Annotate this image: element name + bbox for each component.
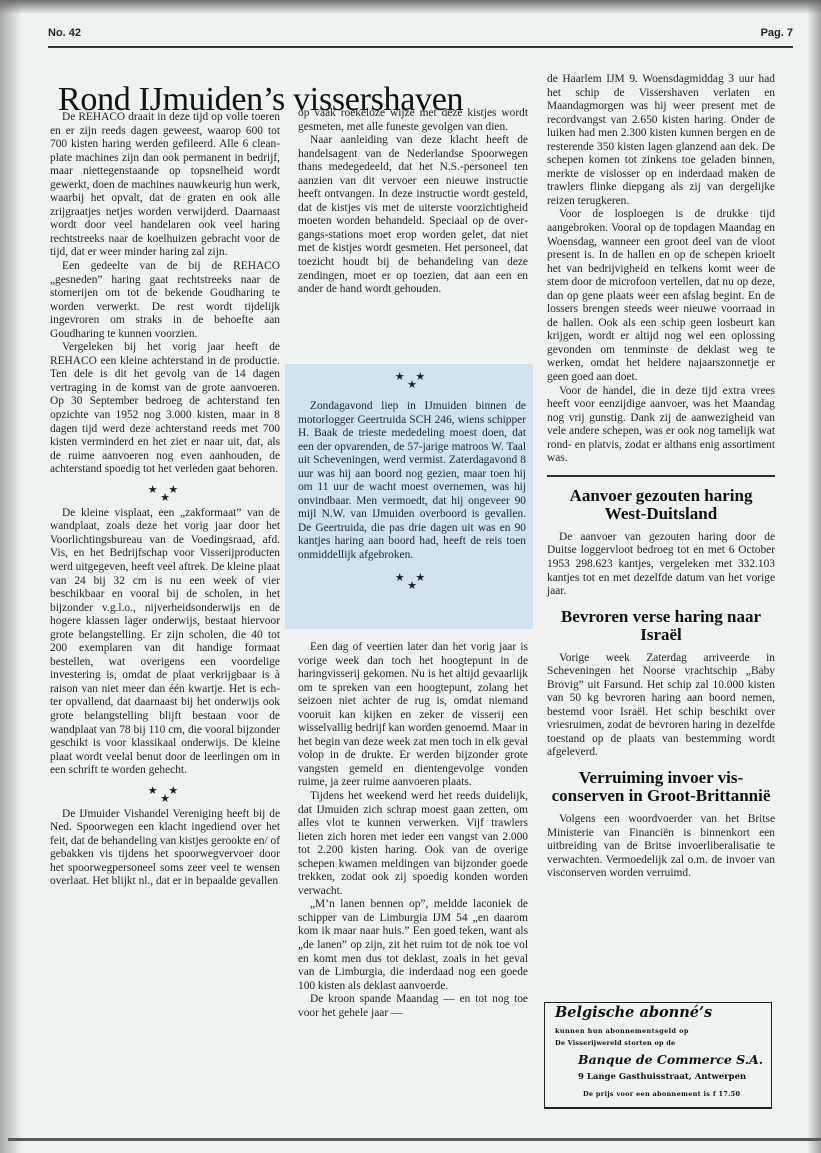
section-separator-stars: ★ ★★ — [50, 778, 280, 808]
section-separator-stars: ★ ★★ — [50, 477, 280, 507]
paragraph: Vorige week Zaterdag arriveerde in Schev… — [547, 652, 775, 760]
highlighted-news-box: ★ ★★ Zondagavond liep in IJmuiden bin­ne… — [285, 364, 533, 629]
ad-bank-name: Banque de Commerce S.A. — [578, 1052, 763, 1067]
paragraph: Voor de losploegen is de drukke tijd aan… — [547, 208, 775, 384]
paragraph: Tijdens het weekend werd het reeds duide… — [298, 790, 528, 898]
section-separator-stars: ★ ★★ — [298, 563, 526, 595]
page-number: Pag. 7 — [761, 27, 793, 39]
paragraph: De REHACO draait in deze tijd op volle t… — [50, 111, 280, 260]
running-header: No. 42 Pag. 7 — [48, 27, 793, 39]
paragraph: Voor de handel, die in deze tijd ex­tra … — [547, 385, 775, 466]
ad-text-line: De Visserijwereld storten op de — [555, 1039, 675, 1047]
paragraph: De kleine visplaat, een „zakformaat” van… — [50, 507, 280, 778]
article-heading: Aanvoer gezouten haring West-Duitsland — [547, 487, 775, 523]
page-edge-shadow-left — [0, 0, 22, 1153]
advertisement-box: Belgische abonné’s kunnen hun abonnement… — [544, 1002, 772, 1109]
ad-address: 9 Lange Gasthuisstraat, Antwerpen — [578, 1072, 746, 1082]
column-2: op vaak roekeloze wijze met deze kis­tje… — [298, 107, 528, 297]
paragraph: De IJmuider Vishandel Vereniging heeft b… — [50, 808, 280, 889]
page-edge-shadow-top — [0, 0, 821, 14]
paragraph: „M’n lanen bennen op”, meldde laco­niek … — [298, 898, 528, 993]
section-separator-stars: ★ ★★ — [298, 364, 526, 394]
paragraph: De kroon spande Maandag — en tot nog toe… — [298, 993, 528, 1020]
paragraph: Vergeleken bij het vorig jaar heeft de R… — [50, 341, 280, 476]
ad-title: Belgische abonné’s — [555, 1004, 712, 1021]
article-heading: Verruiming invoer vis­conserven in Groot… — [547, 769, 775, 805]
paragraph: De aanvoer van gezouten haring door de D… — [547, 531, 775, 599]
ad-text-line: kunnen hun abonnementsgeld op — [555, 1027, 689, 1035]
paragraph: Volgens een woordvoerder van het Britse … — [547, 813, 775, 881]
page-edge-shadow-right — [807, 0, 821, 1153]
paragraph: Naar aanleiding van deze klacht heeft de… — [298, 134, 528, 297]
ad-price: De prijs voor een abonnement is f 17.50 — [583, 1090, 740, 1098]
column-1: De REHACO draait in deze tijd op volle t… — [50, 111, 280, 889]
column-3: de Haarlem IJM 9. Woensdagmiddag 3 uur h… — [547, 73, 775, 881]
article-divider — [547, 475, 775, 477]
paragraph: Een dag of veertien later dan het vorig … — [298, 641, 528, 790]
page-bottom-rule — [8, 1138, 821, 1141]
paragraph: op vaak roekeloze wijze met deze kis­tje… — [298, 107, 528, 134]
header-rule — [48, 46, 793, 48]
issue-number: No. 42 — [48, 27, 81, 39]
paragraph: Zondagavond liep in IJmuiden bin­nen de … — [298, 400, 526, 563]
column-2-continued: Een dag of veertien later dan het vorig … — [298, 641, 528, 1020]
paragraph: Een gedeelte van de bij de REHACO „gesne… — [50, 260, 280, 341]
paragraph: de Haarlem IJM 9. Woensdagmiddag 3 uur h… — [547, 73, 775, 208]
article-heading: Bevroren verse haring naar Israël — [547, 608, 775, 644]
